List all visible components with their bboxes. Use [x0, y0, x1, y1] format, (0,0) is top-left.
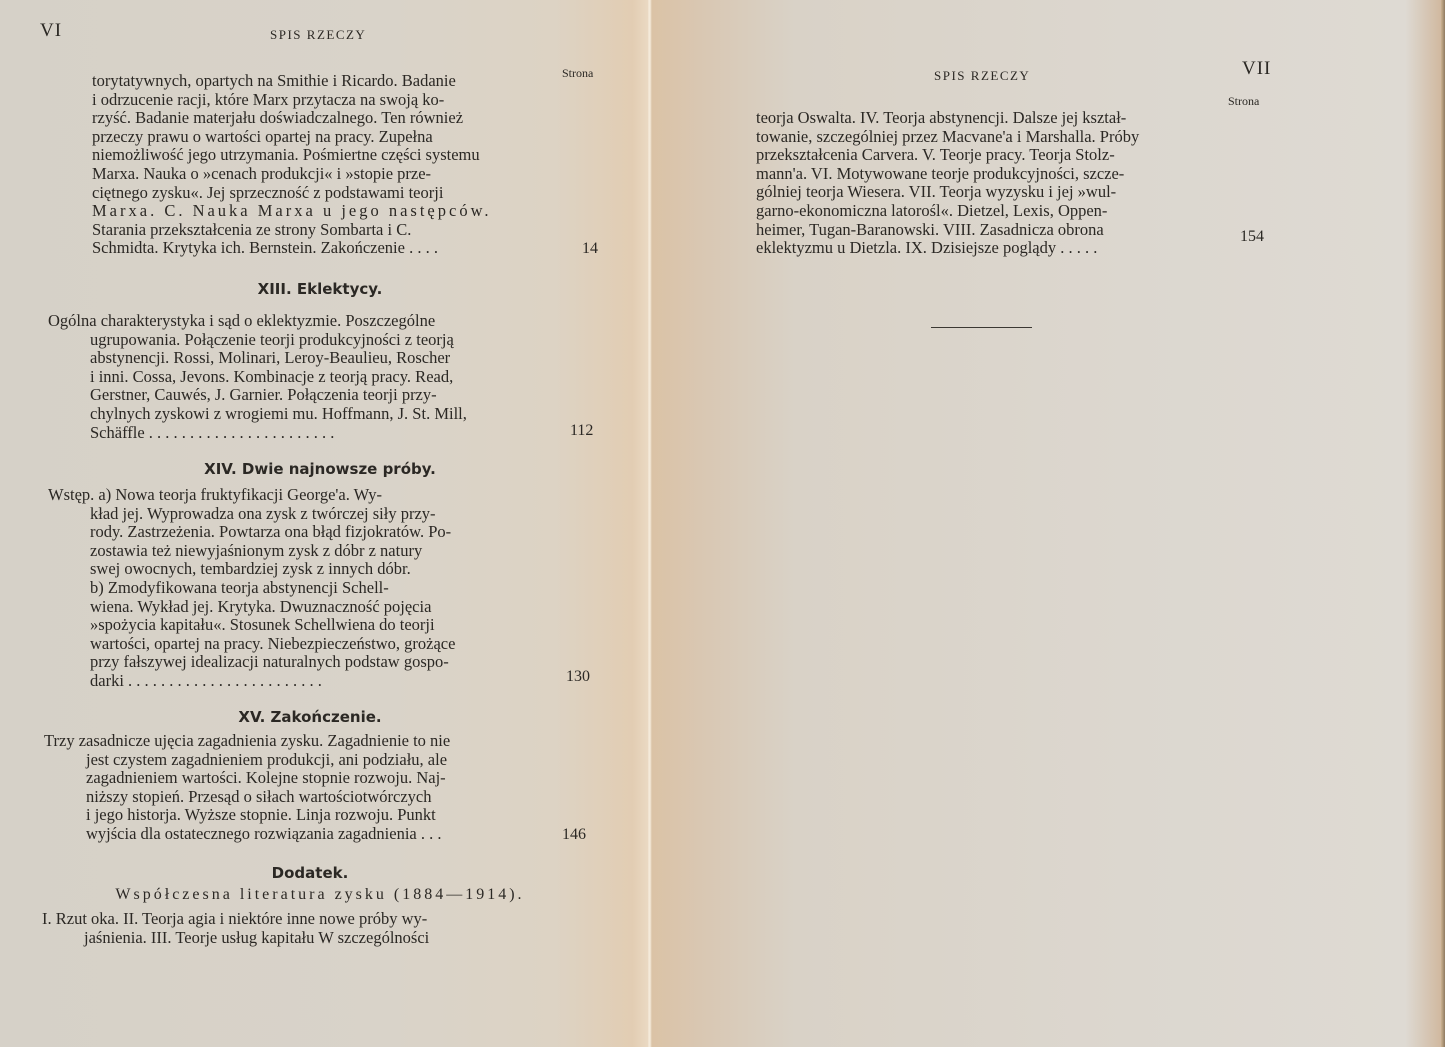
entry-line: Ogólna charakterystyka i sąd o eklektyzm…: [48, 312, 560, 331]
entry-line: towanie, szczególniej przez Macvane'a i …: [756, 128, 1226, 147]
entry-line: I. Rzut oka. II. Teorja agia i niektóre …: [42, 910, 554, 929]
page-edge: [1441, 0, 1445, 1047]
toc-entry-xv: Trzy zasadnicze ujęcia zagadnienia zysku…: [86, 732, 556, 844]
entry-line: mann'a. VI. Motywowane teorje produkcyjn…: [756, 165, 1226, 184]
chapter-heading-xiv: XIV. Dwie najnowsze próby.: [0, 460, 640, 478]
appendix-heading: Dodatek.: [0, 864, 620, 882]
page-number: 112: [570, 422, 593, 440]
entry-line: »spożycia kapitału«. Stosunek Schellwien…: [90, 616, 560, 635]
entry-line: torytatywnych, opartych na Smithie i Ric…: [92, 72, 560, 91]
left-running-head: SPIS RZECZY: [270, 27, 366, 43]
toc-entry-continuation: teorja Oswalta. IV. Teorja abstynencji. …: [756, 109, 1226, 258]
entry-line: rzyść. Badanie materjału doświadczalnego…: [92, 109, 560, 128]
entry-line: swej owocnych, tembardziej zysk z innych…: [90, 560, 560, 579]
entry-line: i jego historja. Wyższe stopnie. Linja r…: [86, 806, 556, 825]
page-number: 14: [582, 240, 598, 258]
entry-line: ciętnego zysku«. Jej sprzeczność z podst…: [92, 184, 560, 203]
entry-line: wiena. Wykład jej. Krytyka. Dwuznaczność…: [90, 598, 560, 617]
entry-line: teorja Oswalta. IV. Teorja abstynencji. …: [756, 109, 1226, 128]
entry-line: przy fałszywej idealizacji naturalnych p…: [90, 653, 560, 672]
toc-entry-continuation: torytatywnych, opartych na Smithie i Ric…: [92, 72, 560, 258]
entry-line: b) Zmodyfikowana teorja abstynencji Sche…: [90, 579, 560, 598]
entry-line: gólniej teorja Wiesera. VII. Teorja wyzy…: [756, 183, 1226, 202]
entry-line: Schmidta. Krytyka ich. Bernstein. Zakońc…: [92, 239, 560, 258]
entry-line: darki . . . . . . . . . . . . . . . . . …: [90, 672, 560, 691]
entry-line: niemożliwość jego utrzymania. Pośmiertne…: [92, 146, 560, 165]
entry-line: ugrupowania. Połączenie teorji produkcyj…: [90, 331, 560, 350]
right-folio: VII: [1242, 58, 1271, 80]
entry-line: garno-ekonomiczna latorośl«. Dietzel, Le…: [756, 202, 1226, 221]
entry-line: Trzy zasadnicze ujęcia zagadnienia zysku…: [44, 732, 556, 751]
entry-line: Wstęp. a) Nowa teorja fruktyfikacji Geor…: [48, 486, 560, 505]
entry-line: kład jej. Wyprowadza ona zysk z twórczej…: [90, 505, 560, 524]
left-folio: VI: [40, 20, 62, 42]
entry-line: Gerstner, Cauwés, J. Garnier. Połączenia…: [90, 386, 560, 405]
right-strona-label: Strona: [1228, 94, 1259, 109]
page-number: 154: [1240, 228, 1264, 246]
entry-line: heimer, Tugan-Baranowski. VIII. Zasadnic…: [756, 221, 1226, 240]
page-number: 146: [562, 826, 586, 844]
toc-entry-appendix: I. Rzut oka. II. Teorja agia i niektóre …: [84, 910, 554, 947]
entry-line: jest czystem zagadnieniem produkcji, ani…: [86, 751, 556, 770]
entry-line: eklektyzmu u Dietzla. IX. Dzisiejsze pog…: [756, 239, 1226, 258]
toc-entry-xiv: Wstęp. a) Nowa teorja fruktyfikacji Geor…: [90, 486, 560, 691]
entry-line: Starania przekształcenia ze strony Somba…: [92, 221, 560, 240]
entry-line: Schäffle . . . . . . . . . . . . . . . .…: [90, 424, 560, 443]
appendix-subheading: Współczesna literatura zysku (1884—1914)…: [60, 886, 580, 904]
entry-line: zagadnieniem wartości. Kolejne stopnie r…: [86, 769, 556, 788]
entry-line: abstynencji. Rossi, Molinari, Leroy-Beau…: [90, 349, 560, 368]
chapter-heading-xv: XV. Zakończenie.: [0, 708, 620, 726]
chapter-heading-xiii: XIII. Eklektycy.: [0, 280, 640, 298]
page-number: 130: [566, 668, 590, 686]
entry-line: Marxa. Nauka o »cenach produkcji« i »sto…: [92, 165, 560, 184]
entry-line: Marxa. C. Nauka Marxa u jego następców.: [92, 202, 560, 221]
right-page: SPIS RZECZY VII Strona teorja Oswalta. I…: [652, 0, 1445, 1047]
end-rule: [931, 327, 1032, 328]
entry-line: i inni. Cossa, Jevons. Kombinacje z teor…: [90, 368, 560, 387]
entry-line: jaśnienia. III. Teorje usług kapitału W …: [84, 929, 554, 948]
entry-line: przeczy prawu o wartości opartej na prac…: [92, 128, 560, 147]
entry-line: rody. Zastrzeżenia. Powtarza ona błąd fi…: [90, 523, 560, 542]
entry-line: chylnych zyskowi z wrogiemi mu. Hoffmann…: [90, 405, 560, 424]
entry-line: i odrzucenie racji, które Marx przytacza…: [92, 91, 560, 110]
entry-line: zostawia też niewyjaśnionym zysk z dóbr …: [90, 542, 560, 561]
right-running-head: SPIS RZECZY: [934, 68, 1030, 84]
left-strona-label: Strona: [562, 66, 593, 81]
toc-entry-xiii: Ogólna charakterystyka i sąd o eklektyzm…: [90, 312, 560, 442]
entry-line: wyjścia dla ostatecznego rozwiązania zag…: [86, 825, 556, 844]
entry-line: wartości, opartej na pracy. Niebezpiecze…: [90, 635, 560, 654]
entry-line: niższy stopień. Przesąd o siłach wartośc…: [86, 788, 556, 807]
entry-line: przekształcenia Carvera. V. Teorje pracy…: [756, 146, 1226, 165]
left-page: VI SPIS RZECZY Strona torytatywnych, opa…: [0, 0, 652, 1047]
